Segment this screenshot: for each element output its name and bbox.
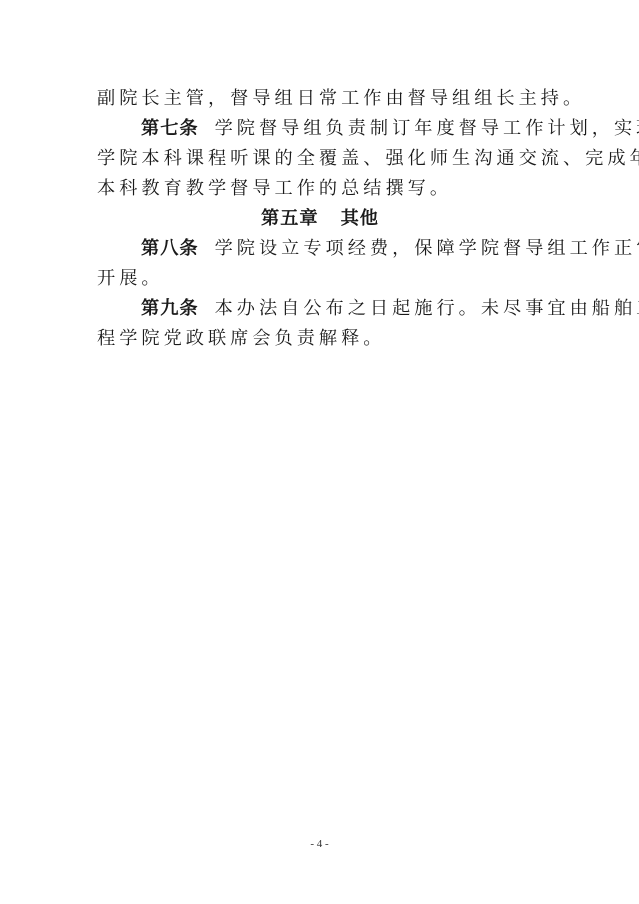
chapter-title: 其他 (341, 208, 379, 229)
chapter-heading: 第五章其他 (97, 204, 543, 234)
document-page: 副院长主管，督导组日常工作由督导组组长主持。 第七条学院督导组负责制订年度督导工… (97, 84, 543, 354)
article-9-text: 本办法自公布之日起施行。未尽事宜由船舶工 (215, 298, 639, 319)
article-8-text: 学院设立专项经费，保障学院督导组工作正常 (215, 238, 639, 259)
article-9: 第九条本办法自公布之日起施行。未尽事宜由船舶工 (97, 294, 543, 324)
page-number: - 4 - (0, 838, 639, 850)
article-7: 第七条学院督导组负责制订年度督导工作计划，实现 (97, 114, 543, 144)
article-7-text: 学院督导组负责制订年度督导工作计划，实现 (215, 118, 639, 139)
article-7-line-2: 学院本科课程听课的全覆盖、强化师生沟通交流、完成年度 (97, 144, 543, 174)
article-7-label: 第七条 (141, 118, 199, 139)
continuation-line: 副院长主管，督导组日常工作由督导组组长主持。 (97, 84, 543, 114)
article-8-label: 第八条 (141, 238, 199, 259)
chapter-number: 第五章 (261, 208, 319, 229)
article-9-label: 第九条 (141, 298, 199, 319)
article-7-line-3: 本科教育教学督导工作的总结撰写。 (97, 174, 543, 204)
article-8-line-2: 开展。 (97, 264, 543, 294)
article-8: 第八条学院设立专项经费，保障学院督导组工作正常 (97, 234, 543, 264)
article-9-line-2: 程学院党政联席会负责解释。 (97, 324, 543, 354)
